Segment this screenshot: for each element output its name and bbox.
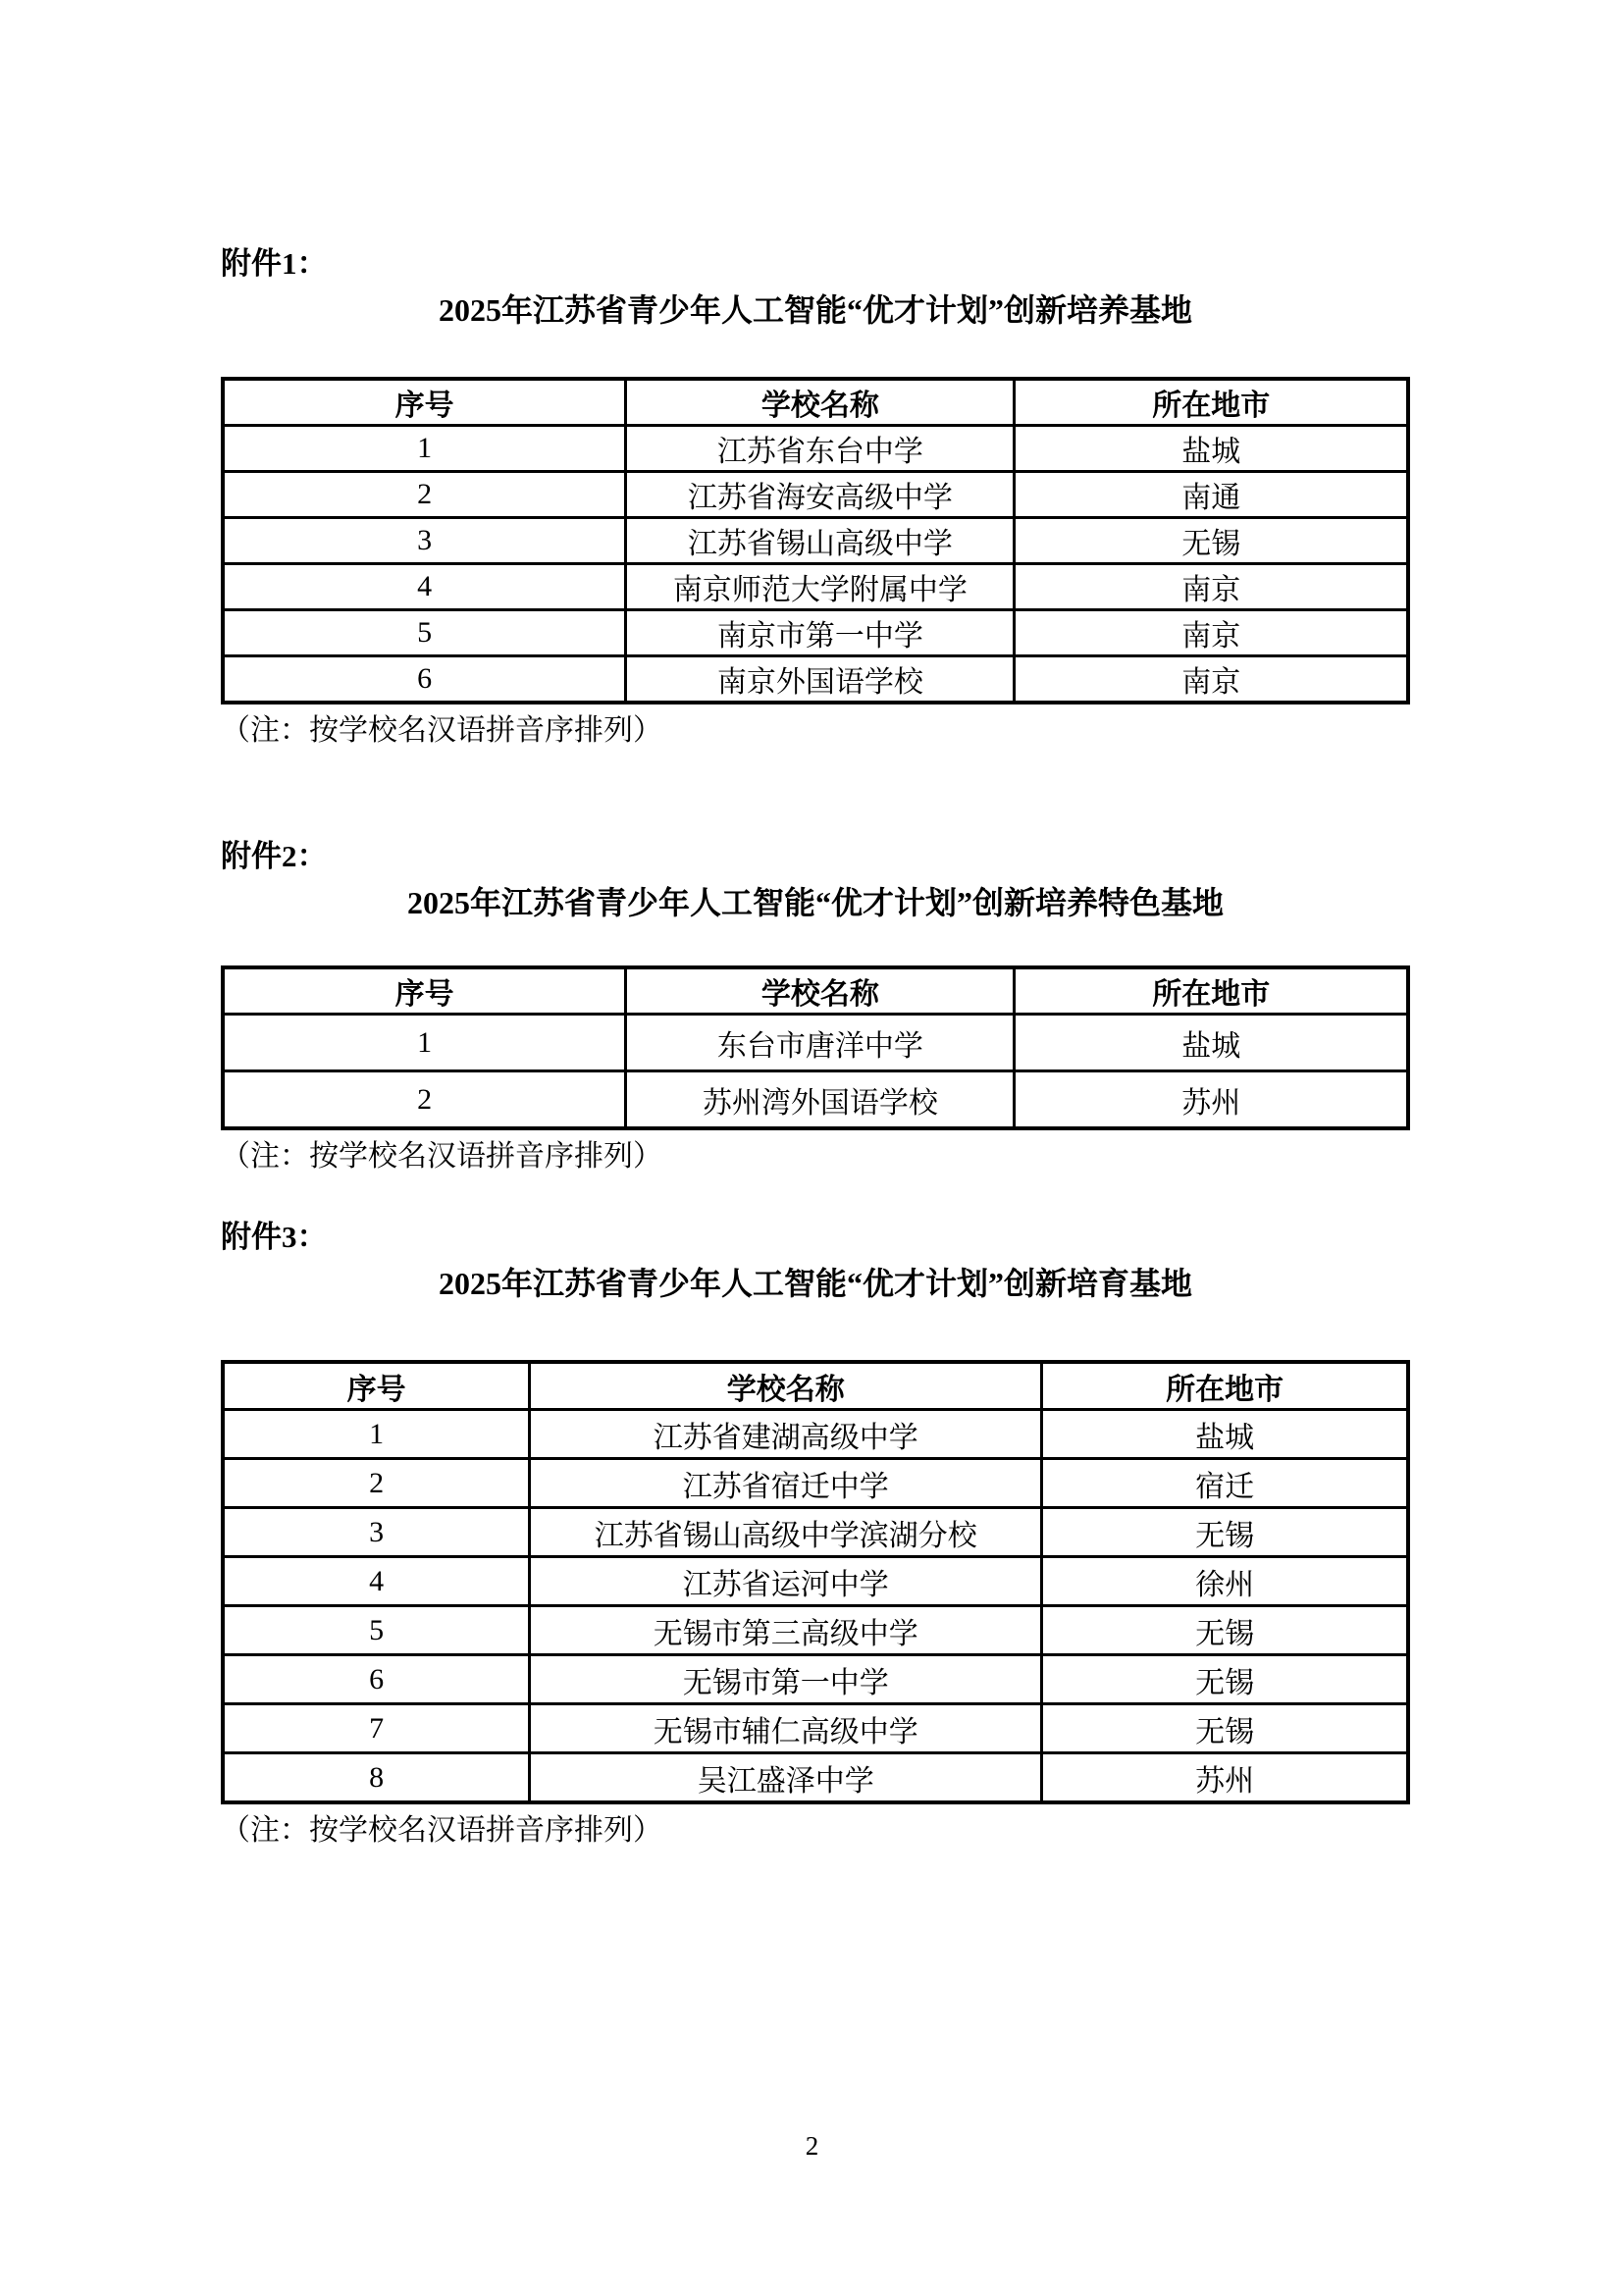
cell-seq: 6 xyxy=(223,656,626,704)
header-cell-seq: 序号 xyxy=(223,1362,530,1410)
cell-seq: 6 xyxy=(223,1655,530,1704)
attachment-1-title: 2025年江苏省青少年人工智能“优才计划”创新培养基地 xyxy=(221,290,1410,330)
attachment-3-table: 序号 学校名称 所在地市 1 江苏省建湖高级中学 盐城 2 江苏省宿迁中学 宿迁… xyxy=(221,1360,1410,1804)
attachment-1-table: 序号 学校名称 所在地市 1 江苏省东台中学 盐城 2 江苏省海安高级中学 南通… xyxy=(221,377,1410,704)
cell-school-name: 江苏省运河中学 xyxy=(530,1557,1042,1606)
cell-school-name: 吴江盛泽中学 xyxy=(530,1753,1042,1803)
attachment-2-title: 2025年江苏省青少年人工智能“优才计划”创新培养特色基地 xyxy=(221,883,1410,922)
cell-seq: 1 xyxy=(223,426,626,472)
cell-seq: 4 xyxy=(223,564,626,610)
table-header-row: 序号 学校名称 所在地市 xyxy=(223,1362,1408,1410)
cell-school-name: 南京师范大学附属中学 xyxy=(626,564,1015,610)
table-row: 3 江苏省锡山高级中学 无锡 xyxy=(223,518,1408,564)
table-row: 7 无锡市辅仁高级中学 无锡 xyxy=(223,1704,1408,1753)
cell-seq: 4 xyxy=(223,1557,530,1606)
attachment-1-note: （注：按学校名汉语拼音序排列） xyxy=(221,712,1410,750)
cell-seq: 5 xyxy=(223,1606,530,1655)
table-row: 1 江苏省建湖高级中学 盐城 xyxy=(223,1410,1408,1459)
cell-city: 宿迁 xyxy=(1042,1459,1408,1508)
header-cell-city: 所在地市 xyxy=(1015,379,1408,426)
cell-seq: 2 xyxy=(223,472,626,518)
cell-city: 无锡 xyxy=(1042,1655,1408,1704)
page-number: 2 xyxy=(0,2131,1624,2162)
cell-school-name: 江苏省锡山高级中学 xyxy=(626,518,1015,564)
cell-school-name: 江苏省宿迁中学 xyxy=(530,1459,1042,1508)
cell-city: 盐城 xyxy=(1015,426,1408,472)
attachment-2-table: 序号 学校名称 所在地市 1 东台市唐洋中学 盐城 2 苏州湾外国语学校 苏州 xyxy=(221,965,1410,1130)
table-row: 1 东台市唐洋中学 盐城 xyxy=(223,1015,1408,1071)
cell-school-name: 无锡市第一中学 xyxy=(530,1655,1042,1704)
cell-city: 南京 xyxy=(1015,610,1408,656)
attachment-2-section: 附件2： 2025年江苏省青少年人工智能“优才计划”创新培养特色基地 序号 学校… xyxy=(221,838,1410,1175)
cell-school-name: 江苏省东台中学 xyxy=(626,426,1015,472)
cell-school-name: 苏州湾外国语学校 xyxy=(626,1071,1015,1129)
table-header-row: 序号 学校名称 所在地市 xyxy=(223,967,1408,1015)
header-cell-school: 学校名称 xyxy=(626,967,1015,1015)
attachment-3-label: 附件3： xyxy=(221,1219,1410,1256)
header-cell-city: 所在地市 xyxy=(1015,967,1408,1015)
cell-city: 南京 xyxy=(1015,564,1408,610)
cell-seq: 1 xyxy=(223,1015,626,1071)
table-row: 2 江苏省海安高级中学 南通 xyxy=(223,472,1408,518)
cell-school-name: 东台市唐洋中学 xyxy=(626,1015,1015,1071)
cell-seq: 8 xyxy=(223,1753,530,1803)
cell-seq: 7 xyxy=(223,1704,530,1753)
table-row: 5 南京市第一中学 南京 xyxy=(223,610,1408,656)
attachment-1-section: 附件1： 2025年江苏省青少年人工智能“优才计划”创新培养基地 序号 学校名称… xyxy=(221,245,1410,750)
cell-seq: 2 xyxy=(223,1071,626,1129)
table-row: 1 江苏省东台中学 盐城 xyxy=(223,426,1408,472)
cell-city: 南通 xyxy=(1015,472,1408,518)
attachment-2-label: 附件2： xyxy=(221,838,1410,875)
cell-city: 盐城 xyxy=(1015,1015,1408,1071)
cell-seq: 2 xyxy=(223,1459,530,1508)
cell-city: 徐州 xyxy=(1042,1557,1408,1606)
cell-city: 无锡 xyxy=(1042,1508,1408,1557)
table-row: 8 吴江盛泽中学 苏州 xyxy=(223,1753,1408,1803)
header-cell-seq: 序号 xyxy=(223,967,626,1015)
header-cell-city: 所在地市 xyxy=(1042,1362,1408,1410)
table-row: 5 无锡市第三高级中学 无锡 xyxy=(223,1606,1408,1655)
page-content: 附件1： 2025年江苏省青少年人工智能“优才计划”创新培养基地 序号 学校名称… xyxy=(221,245,1410,1850)
header-cell-school: 学校名称 xyxy=(530,1362,1042,1410)
table-row: 2 江苏省宿迁中学 宿迁 xyxy=(223,1459,1408,1508)
cell-city: 无锡 xyxy=(1042,1704,1408,1753)
table-row: 2 苏州湾外国语学校 苏州 xyxy=(223,1071,1408,1129)
cell-school-name: 无锡市辅仁高级中学 xyxy=(530,1704,1042,1753)
table-row: 4 江苏省运河中学 徐州 xyxy=(223,1557,1408,1606)
cell-city: 无锡 xyxy=(1015,518,1408,564)
cell-seq: 3 xyxy=(223,1508,530,1557)
cell-city: 盐城 xyxy=(1042,1410,1408,1459)
cell-seq: 5 xyxy=(223,610,626,656)
cell-school-name: 江苏省海安高级中学 xyxy=(626,472,1015,518)
cell-city: 苏州 xyxy=(1015,1071,1408,1129)
table-header-row: 序号 学校名称 所在地市 xyxy=(223,379,1408,426)
header-cell-school: 学校名称 xyxy=(626,379,1015,426)
cell-school-name: 南京市第一中学 xyxy=(626,610,1015,656)
cell-school-name: 南京外国语学校 xyxy=(626,656,1015,704)
attachment-3-title: 2025年江苏省青少年人工智能“优才计划”创新培育基地 xyxy=(221,1264,1410,1303)
attachment-1-label: 附件1： xyxy=(221,245,1410,283)
table-row: 4 南京师范大学附属中学 南京 xyxy=(223,564,1408,610)
table-row: 6 无锡市第一中学 无锡 xyxy=(223,1655,1408,1704)
cell-school-name: 江苏省锡山高级中学滨湖分校 xyxy=(530,1508,1042,1557)
cell-school-name: 江苏省建湖高级中学 xyxy=(530,1410,1042,1459)
cell-city: 苏州 xyxy=(1042,1753,1408,1803)
attachment-3-section: 附件3： 2025年江苏省青少年人工智能“优才计划”创新培育基地 序号 学校名称… xyxy=(221,1219,1410,1850)
attachment-2-note: （注：按学校名汉语拼音序排列） xyxy=(221,1138,1410,1175)
cell-city: 南京 xyxy=(1015,656,1408,704)
cell-seq: 3 xyxy=(223,518,626,564)
attachment-3-note: （注：按学校名汉语拼音序排列） xyxy=(221,1812,1410,1850)
table-row: 6 南京外国语学校 南京 xyxy=(223,656,1408,704)
table-row: 3 江苏省锡山高级中学滨湖分校 无锡 xyxy=(223,1508,1408,1557)
cell-seq: 1 xyxy=(223,1410,530,1459)
cell-city: 无锡 xyxy=(1042,1606,1408,1655)
cell-school-name: 无锡市第三高级中学 xyxy=(530,1606,1042,1655)
header-cell-seq: 序号 xyxy=(223,379,626,426)
